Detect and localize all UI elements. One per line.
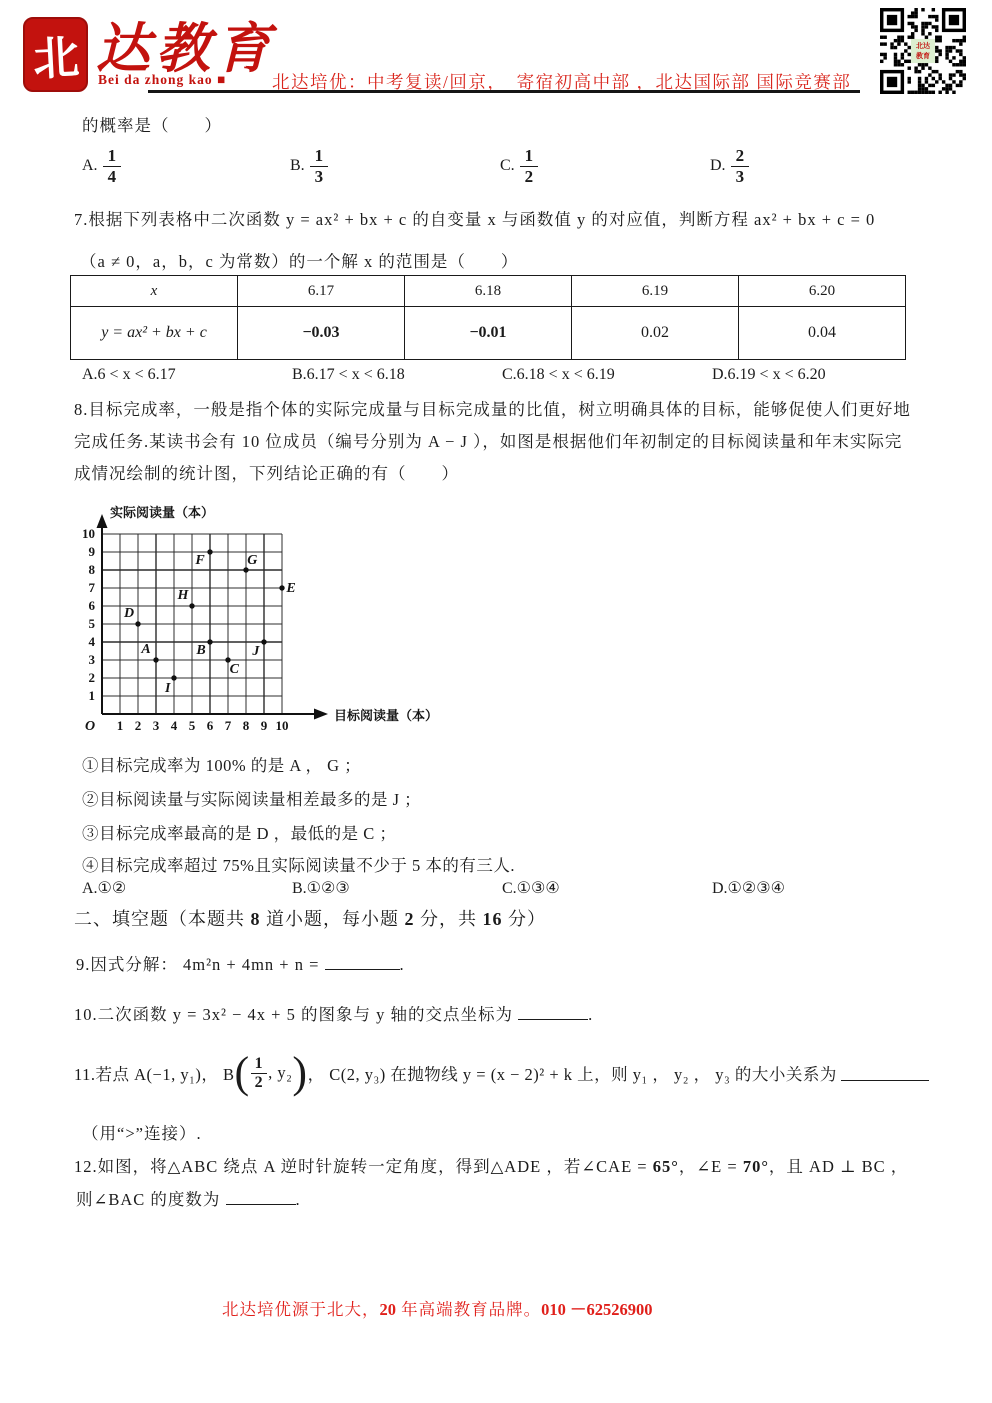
q11-after-frac: , y₂ <box>268 1063 292 1083</box>
table-header-x: x <box>71 276 238 307</box>
svg-text:J: J <box>251 644 260 659</box>
qr-code: 北达教育 <box>880 8 966 94</box>
svg-text:6: 6 <box>207 718 214 733</box>
table-value-4: 0.04 <box>739 307 906 360</box>
svg-text:A: A <box>140 642 150 657</box>
fraction-denominator: 3 <box>731 166 750 187</box>
svg-text:10: 10 <box>82 526 95 541</box>
fraction-denominator: 4 <box>103 166 122 187</box>
q8-statement-1: ①目标完成率为 100% 的是 A ， G ； <box>82 752 361 776</box>
svg-text:O: O <box>85 719 95 734</box>
table-row-label: y = ax² + bx + c <box>71 307 238 360</box>
q7-option-d: D.6.19 < x < 6.20 <box>712 366 826 384</box>
logo-romanized-text: Bei da zhong kao ■ <box>98 72 226 88</box>
svg-text:9: 9 <box>261 718 268 733</box>
svg-text:3: 3 <box>153 718 160 733</box>
footer-brand-text2: 年高端教育品牌。 <box>396 1300 541 1319</box>
svg-text:1: 1 <box>117 718 124 733</box>
fraction-numerator: 2 <box>731 146 750 166</box>
q10-period: . <box>588 1005 593 1024</box>
q8-statement-3: ③目标完成率最高的是 D ，最低的是 C ； <box>82 820 396 844</box>
q11-stem-post: ， C(2, y₃) 在抛物线 y = (x − 2)² + k 上，则 y₁ … <box>308 1061 837 1085</box>
fraction: 12 <box>251 1055 268 1091</box>
svg-text:C: C <box>230 662 240 677</box>
svg-text:教育: 教育 <box>915 51 930 60</box>
section-heading-points: 2 <box>405 909 415 929</box>
section-heading-text: 二、填空题（本题共 <box>74 909 251 929</box>
table-header-620: 6.20 <box>739 276 906 307</box>
q8-option-d: D.①②③④ <box>712 878 785 898</box>
svg-text:10: 10 <box>276 718 289 733</box>
svg-text:2: 2 <box>89 670 96 685</box>
svg-text:7: 7 <box>225 718 232 733</box>
q7-option-a: A.6 < x < 6.17 <box>82 366 176 384</box>
q10-stem: 10.二次函数 y = 3x² − 4x + 5 的图象与 y 轴的交点坐标为 <box>74 1005 513 1024</box>
table-value-3: 0.02 <box>572 307 739 360</box>
section-heading-count: 8 <box>251 909 261 929</box>
fraction-numerator: 1 <box>103 146 122 166</box>
svg-text:6: 6 <box>89 598 96 613</box>
fraction: 23 <box>731 146 750 186</box>
section-heading-text: 分，共 <box>415 909 483 929</box>
q6-option-a: A. 14 <box>82 138 121 194</box>
open-paren: ( <box>234 1045 249 1101</box>
svg-text:8: 8 <box>243 718 250 733</box>
fraction: 14 <box>103 146 122 186</box>
q8-stem-line1: 8.目标完成率，一般是指个体的实际完成量与目标完成量的比值，树立明确具体的目标，… <box>74 396 911 420</box>
q12-stem: ，且 AD ⊥ BC ， <box>769 1157 908 1176</box>
table-header-618: 6.18 <box>405 276 572 307</box>
option-label: A. <box>82 157 98 175</box>
q8-stem-line3: 成情况绘制的统计图，下列结论正确的有（ ） <box>74 460 459 484</box>
table-header-617: 6.17 <box>238 276 405 307</box>
header-rule <box>148 90 860 93</box>
q12-line2: 则∠BAC 的度数为 . <box>76 1186 301 1210</box>
answer-blank <box>841 1065 929 1081</box>
svg-text:实际阅读量（本）: 实际阅读量（本） <box>110 505 214 521</box>
fraction-denominator: 2 <box>520 166 539 187</box>
svg-text:I: I <box>164 681 171 696</box>
q6-option-d: D. 23 <box>710 138 749 194</box>
fraction-denominator: 3 <box>310 166 329 187</box>
option-label: B. <box>290 157 305 175</box>
option-label: D. <box>710 157 726 175</box>
svg-text:5: 5 <box>189 718 196 733</box>
q11-stem-pre: 11.若点 A(−1, y₁)， B <box>74 1061 234 1085</box>
close-paren: ) <box>292 1045 307 1101</box>
q6-option-b: B. 13 <box>290 138 328 194</box>
q8-stem-line2: 完成任务.某读书会有 10 位成员（编号分别为 A − J ），如图是根据他们年… <box>74 428 902 452</box>
q12-stem: 12.如图，将△ABC 绕点 A 逆时针旋转一定角度，得到△ADE ，若∠CAE… <box>74 1157 653 1176</box>
answer-blank <box>518 1004 588 1020</box>
section-heading-text: 分） <box>503 909 547 929</box>
reading-scatter-chart: 1234567891012345678910O实际阅读量（本）目标阅读量（本）A… <box>80 497 430 739</box>
q11-text: 11.若点 A(−1, y₁)， B(12, y₂)， C(2, y₃) 在抛物… <box>74 1042 929 1104</box>
option-label: C. <box>500 157 515 175</box>
section-heading: 二、填空题（本题共 8 道小题，每小题 2 分，共 16 分） <box>74 905 546 931</box>
svg-text:B: B <box>195 643 205 658</box>
q7-option-c: C.6.18 < x < 6.19 <box>502 366 615 384</box>
q12-period: . <box>296 1190 301 1209</box>
q7-option-b: B.6.17 < x < 6.18 <box>292 366 405 384</box>
svg-text:北达: 北达 <box>916 41 930 50</box>
svg-text:1: 1 <box>89 688 96 703</box>
q9-text: 9.因式分解： 4m²n + 4mn + n = . <box>76 951 405 975</box>
footer-phone: 010 －62526900 <box>541 1300 652 1319</box>
footer-years: 20 <box>380 1300 397 1319</box>
svg-text:D: D <box>123 606 134 621</box>
fraction-numerator: 1 <box>255 1055 264 1073</box>
section-heading-total: 16 <box>483 909 503 929</box>
q8-option-a: A.①② <box>82 878 126 898</box>
svg-text:9: 9 <box>89 544 96 559</box>
fraction-denominator: 2 <box>251 1073 268 1092</box>
svg-text:H: H <box>177 588 190 603</box>
q6-stem: 的概率是（ ） <box>82 112 222 136</box>
fraction: 12 <box>520 146 539 186</box>
svg-text:4: 4 <box>89 634 96 649</box>
answer-blank <box>325 954 400 970</box>
svg-text:7: 7 <box>89 580 96 595</box>
svg-text:2: 2 <box>135 718 142 733</box>
q8-statement-4: ④目标完成率超过 75%且实际阅读量不少于 5 本的有三人. <box>82 852 515 876</box>
svg-text:目标阅读量（本）: 目标阅读量（本） <box>334 708 430 724</box>
svg-text:5: 5 <box>89 616 96 631</box>
svg-text:8: 8 <box>89 562 96 577</box>
exam-page: 北 达教育 Bei da zhong kao ■ 北达培优：中考复读/回京， 寄… <box>0 0 992 1403</box>
q12-stem-line2: 则∠BAC 的度数为 <box>76 1190 220 1209</box>
q12-angle-cae: 65° <box>653 1157 679 1176</box>
table-value-1: −0.03 <box>238 307 405 360</box>
section-heading-text: 道小题，每小题 <box>261 909 405 929</box>
logo-seal-character: 北 <box>31 20 80 88</box>
q9-stem: 9.因式分解： 4m²n + 4mn + n = <box>76 955 319 974</box>
q8-option-c: C.①③④ <box>502 878 560 898</box>
fraction: 13 <box>310 146 329 186</box>
q9-period: . <box>400 955 405 974</box>
svg-text:3: 3 <box>89 652 96 667</box>
fraction-numerator: 1 <box>310 146 329 166</box>
q12-line1: 12.如图，将△ABC 绕点 A 逆时针旋转一定角度，得到△ADE ，若∠CAE… <box>74 1153 908 1177</box>
svg-text:4: 4 <box>171 718 178 733</box>
answer-blank <box>226 1189 296 1205</box>
table-header-619: 6.19 <box>572 276 739 307</box>
q7-stem-line1: 7.根据下列表格中二次函数 y = ax² + bx + c 的自变量 x 与函… <box>74 206 875 230</box>
q11-note: （用“>”连接）. <box>82 1120 202 1144</box>
q10-text: 10.二次函数 y = 3x² − 4x + 5 的图象与 y 轴的交点坐标为 … <box>74 1001 593 1025</box>
table-value-2: −0.01 <box>405 307 572 360</box>
svg-text:E: E <box>285 581 295 596</box>
q12-angle-e: 70° <box>743 1157 769 1176</box>
fraction-numerator: 1 <box>520 146 539 166</box>
q8-option-b: B.①②③ <box>292 878 350 898</box>
q7-stem-line2: （a ≠ 0，a，b，c 为常数）的一个解 x 的范围是（ ） <box>80 248 518 272</box>
q7-value-table: x 6.17 6.18 6.19 6.20 y = ax² + bx + c −… <box>70 275 906 360</box>
q6-option-c: C. 12 <box>500 138 538 194</box>
q12-stem: ，∠E = <box>679 1157 743 1176</box>
svg-text:F: F <box>194 553 205 568</box>
svg-text:G: G <box>247 553 257 568</box>
footer-brand-text: 北达培优源于北大， <box>222 1300 380 1319</box>
q8-statement-2: ②目标阅读量与实际阅读量相差最多的是 J ； <box>82 786 421 810</box>
logo-seal: 北 <box>23 17 88 92</box>
footer-text: 北达培优源于北大，20 年高端教育品牌。010 －62526900 <box>222 1296 653 1320</box>
